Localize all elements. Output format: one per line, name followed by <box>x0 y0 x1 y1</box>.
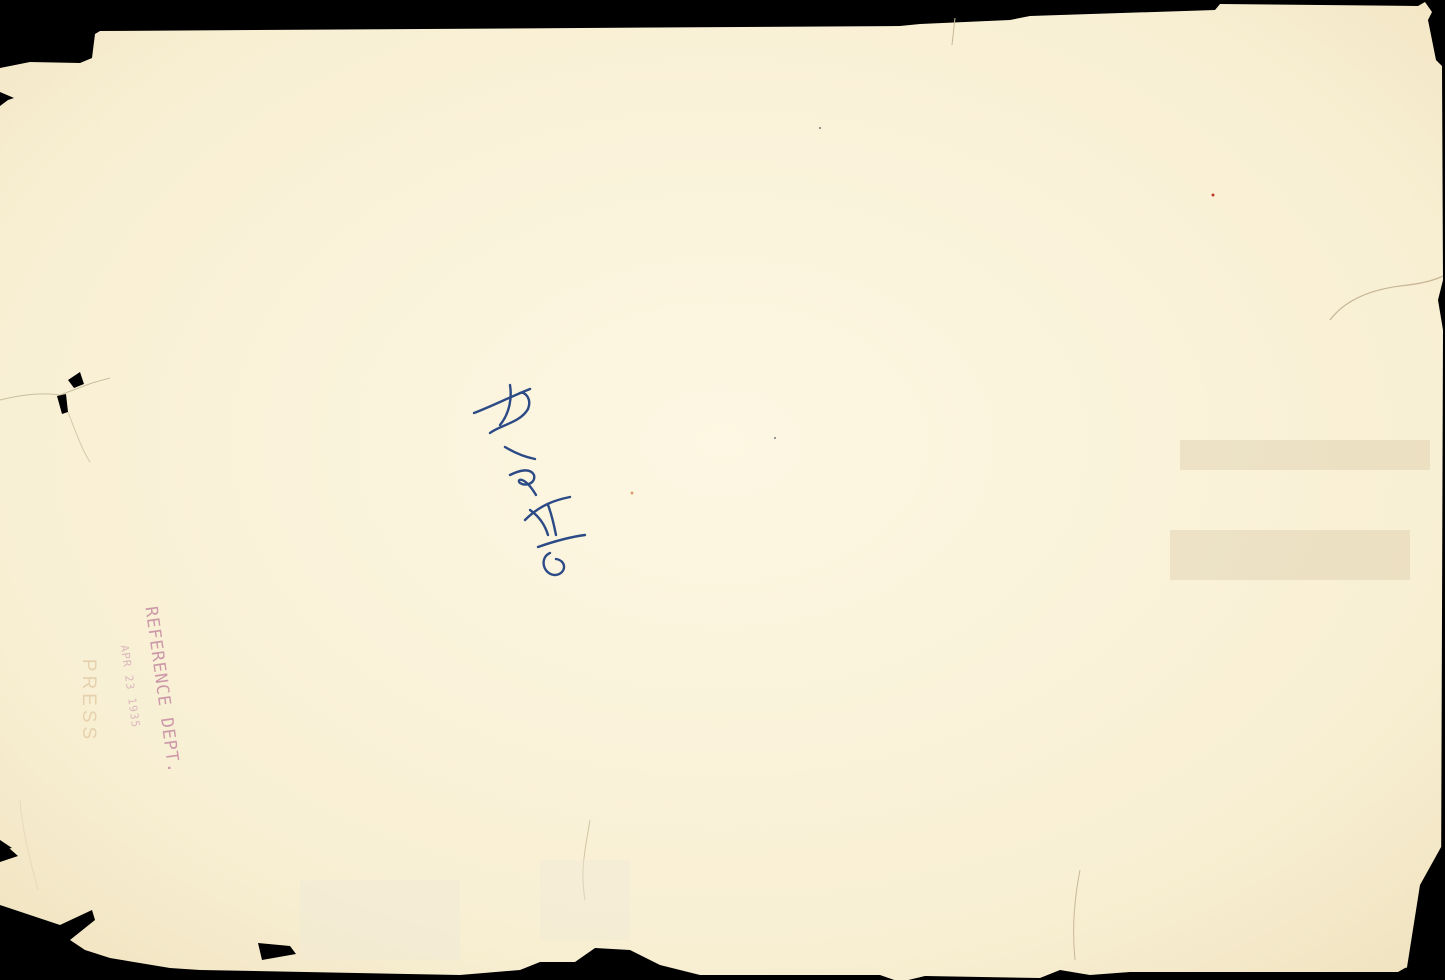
paper-sheet <box>0 0 1445 980</box>
paper-outline <box>0 2 1443 980</box>
scanned-document: REFERENCE DEPT. APR 23 1935 PRESS <box>0 0 1445 980</box>
handwritten-catalog-number <box>470 375 600 585</box>
faint-show-through-text: PRESS <box>77 631 99 771</box>
